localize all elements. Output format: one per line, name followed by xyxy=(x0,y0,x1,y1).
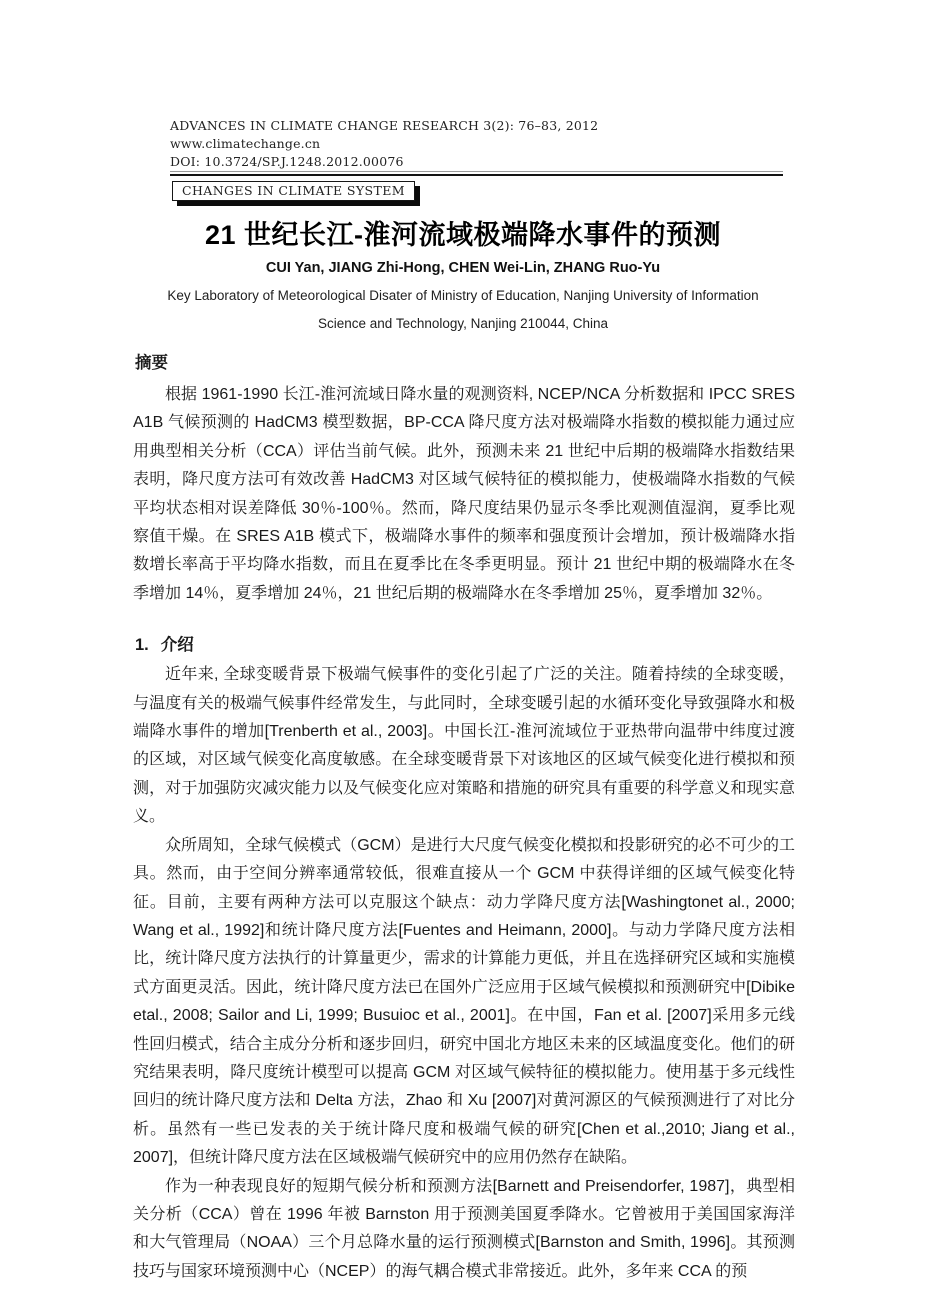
intro-paragraph-2: 众所周知，全球气候模式（GCM）是进行大尺度气候变化模拟和投影研究的必不可少的工… xyxy=(133,832,795,1173)
intro-paragraph-3: 作为一种表现良好的短期气候分析和预测方法[Barnett and Preisen… xyxy=(133,1173,795,1287)
authors-line: CUI Yan, JIANG Zhi-Hong, CHEN Wei-Lin, Z… xyxy=(0,260,926,276)
paper-body: 摘要 根据 1961-1990 长江-淮河流域日降水量的观测资料, NCEP/N… xyxy=(133,351,795,1286)
paper-title: 21 世纪长江-淮河流域极端降水事件的预测 xyxy=(0,213,926,252)
header-divider xyxy=(170,171,783,176)
section-heading-introduction: 1.介绍 xyxy=(135,633,795,657)
abstract-text: 根据 1961-1990 长江-淮河流域日降水量的观测资料, NCEP/NCA … xyxy=(133,381,795,608)
journal-doi-line: DOI: 10.3724/SP.J.1248.2012.00076 xyxy=(170,153,598,171)
affiliation-line-1: Key Laboratory of Meteorological Disater… xyxy=(0,288,926,303)
section-number: 1. xyxy=(135,633,149,657)
journal-title-line: ADVANCES IN CLIMATE CHANGE RESEARCH 3(2)… xyxy=(170,117,598,135)
intro-paragraph-1: 近年来, 全球变暖背景下极端气候事件的变化引起了广泛的关注。随着持续的全球变暖，… xyxy=(133,661,795,831)
journal-website: www.climatechange.cn xyxy=(170,135,598,153)
section-label: 介绍 xyxy=(161,636,194,654)
section-badge: CHANGES IN CLIMATE SYSTEM xyxy=(172,181,415,201)
journal-header: ADVANCES IN CLIMATE CHANGE RESEARCH 3(2)… xyxy=(170,117,598,171)
document-page: ADVANCES IN CLIMATE CHANGE RESEARCH 3(2)… xyxy=(0,0,926,1309)
abstract-heading: 摘要 xyxy=(135,351,795,375)
affiliation-line-2: Science and Technology, Nanjing 210044, … xyxy=(0,316,926,331)
